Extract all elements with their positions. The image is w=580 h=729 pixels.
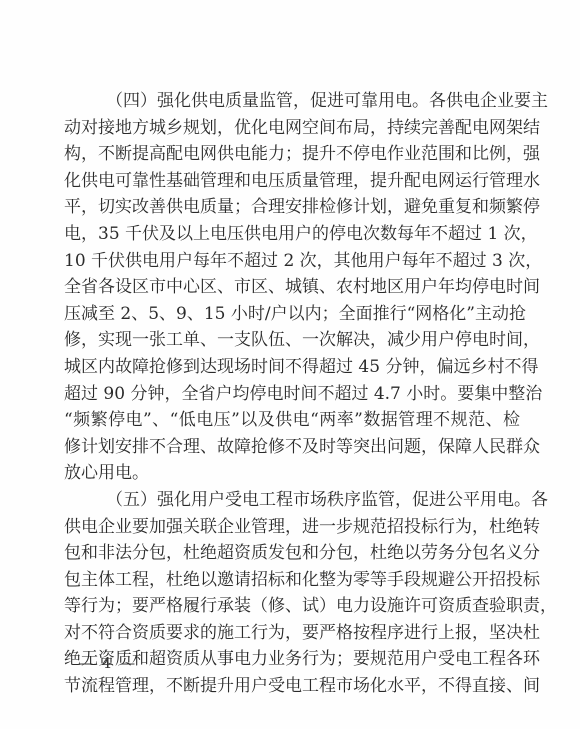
document-body: （四）强化供电质量监管，促进可靠用电。各供电企业要主 动对接地方城乡规划，优化电… bbox=[64, 88, 520, 700]
document-page: （四）强化供电质量监管，促进可靠用电。各供电企业要主 动对接地方城乡规划，优化电… bbox=[0, 0, 580, 729]
paragraph-line: 化供电可靠性基础管理和电压质量管理，提升配电网运行管理水 bbox=[64, 168, 520, 195]
paragraph-line: 构，不断提高配电网供电能力；提升不停电作业范围和比例，强 bbox=[64, 141, 520, 168]
paragraph-line: （四）强化供电质量监管，促进可靠用电。各供电企业要主 bbox=[64, 88, 520, 115]
paragraph-line: 压减至 2、5、9、15 小时/户以内；全面推行“网格化”主动抢 bbox=[64, 301, 520, 328]
paragraph-line: 对不符合资质要求的施工行为，要严格按程序进行上报，坚决杜 bbox=[64, 620, 520, 647]
paragraph-line: 城区内故障抢修到达现场时间不得超过 45 分钟，偏远乡村不得 bbox=[64, 354, 520, 381]
paragraph-line: 全省各设区市中心区、市区、城镇、农村地区用户年均停电时间 bbox=[64, 274, 520, 301]
paragraph-line: 放心用电。 bbox=[64, 460, 520, 487]
paragraph-line: 10 千伏供电用户每年不超过 2 次，其他用户每年不超过 3 次， bbox=[64, 248, 520, 275]
paragraph-line: （五）强化用户受电工程市场秩序监管，促进公平用电。各 bbox=[64, 487, 520, 514]
paragraph-line: 供电企业要加强关联企业管理，进一步规范招投标行为，杜绝转 bbox=[64, 514, 520, 541]
paragraph-line: 修计划安排不合理、故障抢修不及时等突出问题，保障人民群众 bbox=[64, 434, 520, 461]
section-heading: （五）强化用户受电工程市场秩序监管，促进公平用电。 bbox=[106, 490, 531, 510]
paragraph-line: 节流程管理，不断提升用户受电工程市场化水平，不得直接、间 bbox=[64, 673, 520, 700]
paragraph-line: 包和非法分包，杜绝超资质发包和分包，杜绝以劳务分包名义分 bbox=[64, 540, 520, 567]
page-number: — 4 — bbox=[78, 652, 137, 674]
paragraph-line: 等行为；要严格履行承装（修、试）电力设施许可资质查验职责， bbox=[64, 593, 520, 620]
paragraph-line: 修，实现一张工单、一支队伍、一次解决，减少用户停电时间， bbox=[64, 327, 520, 354]
paragraph-line: 平，切实改善供电质量；合理安排检修计划，避免重复和频繁停 bbox=[64, 194, 520, 221]
section-heading: （四）强化供电质量监管，促进可靠用电。 bbox=[106, 91, 429, 111]
paragraph-line: 超过 90 分钟，全省户均停电时间不超过 4.7 小时。要集中整治 bbox=[64, 381, 520, 408]
paragraph-line: 动对接地方城乡规划，优化电网空间布局，持续完善配电网架结 bbox=[64, 115, 520, 142]
paragraph-line: “频繁停电”、“低电压”以及供电“两率”数据管理不规范、检 bbox=[64, 407, 520, 434]
paragraph-line: 电，35 千伏及以上电压供电用户的停电次数每年不超过 1 次， bbox=[64, 221, 520, 248]
paragraph-line: 包主体工程，杜绝以邀请招标和化整为零等手段规避公开招投标 bbox=[64, 567, 520, 594]
